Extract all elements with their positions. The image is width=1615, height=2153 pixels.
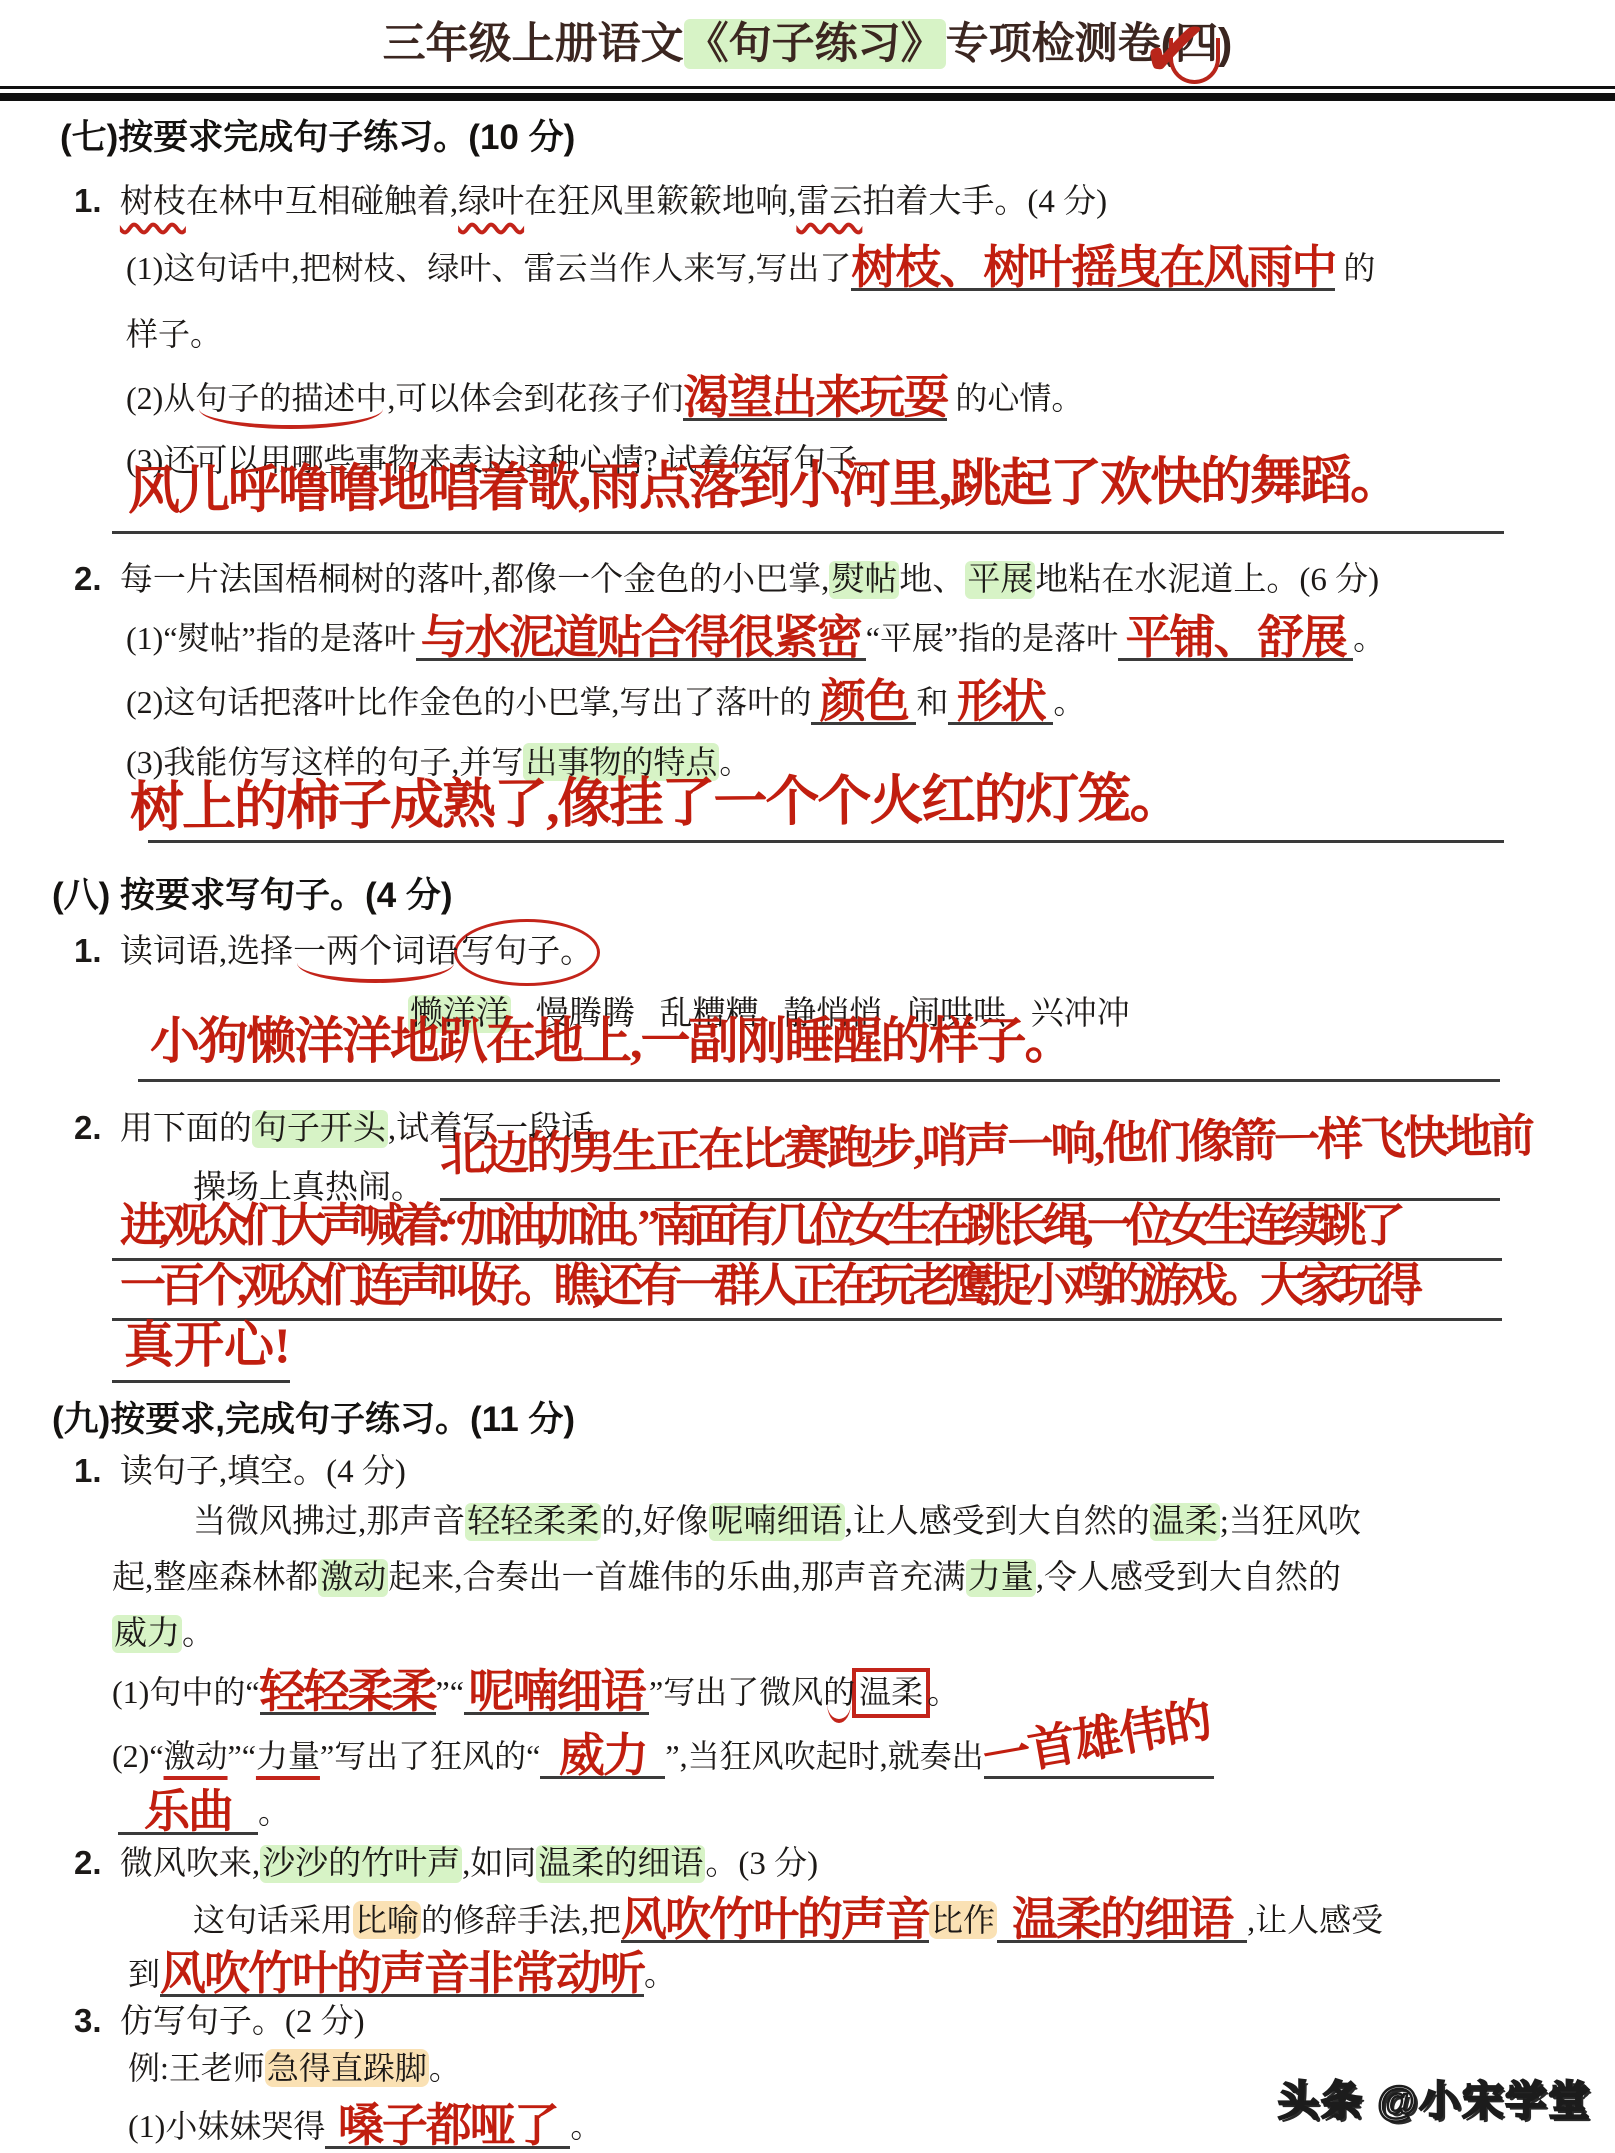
blank-field: 渴望出来玩耍 <box>683 374 947 421</box>
text-segment: 这句话采用 <box>193 1902 353 1938</box>
text-segment: 比喻 <box>353 1901 421 1939</box>
text-segment: 平展 <box>965 561 1035 599</box>
text-segment: ;当狂风吹 <box>1220 1504 1361 1540</box>
text-segment: ,令人感受到大自然的 <box>1036 1560 1341 1596</box>
text-segment: 读句子,填空。(4 分) <box>120 1454 406 1490</box>
blank-field: 与水泥道贴合得很紧密 <box>416 614 866 661</box>
s7-q1-sub2: (2)从句子的描述中,可以体会到花孩子们渴望出来玩耍 的心情。 <box>126 374 1083 421</box>
blank-field: 风吹竹叶的声音 <box>621 1896 929 1943</box>
handwritten-answer: 轻轻柔柔 <box>260 1672 436 1711</box>
s8-q2-handwritten-line3: 一百个,观众们连声叫好。瞧,还有一群人正在玩老鹰捉小鸡的游戏。大家玩得 <box>120 1264 1416 1308</box>
text-segment: 1. <box>74 932 120 969</box>
section9-heading: (九)按要求,完成句子练习。(11 分) <box>52 1398 575 1442</box>
text-segment: 每一片法国梧桐树的落叶,都像一个金色的小巴掌, <box>120 562 830 598</box>
text-segment: 。 <box>429 2050 461 2086</box>
handwritten-answer: 嗓子都哑了 <box>338 2106 558 2145</box>
text-segment: 温柔 <box>1150 1503 1220 1541</box>
handwritten-answer: 风吹竹叶的声音非常动听 <box>160 1954 644 1993</box>
s9-q1-passage-line2: 起,整座森林都激动起来,合奏出一首雄伟的乐曲,那声音充满力量,令人感受到大自然的 <box>112 1558 1341 1599</box>
s9-q1-sub2-cont: 乐曲。 <box>118 1788 290 1835</box>
blank-field: 轻轻柔柔 <box>260 1668 436 1715</box>
text-segment: 力量 <box>256 1738 320 1774</box>
handwritten-answer: 一首雄伟的 <box>980 1701 1214 1781</box>
handwritten-answer: 呢喃细语 <box>468 1672 644 1711</box>
s7-q1-handwritten-answer: 风儿呼噜噜地唱着歌,雨点落到小河里,跳起了欢快的舞蹈。 <box>128 456 1400 516</box>
answer-rule <box>112 531 1504 534</box>
text-segment: 2. <box>74 1109 120 1146</box>
blank-field: 一首雄伟的 <box>984 1732 1214 1779</box>
text-segment: 急得直跺脚 <box>265 2049 429 2087</box>
handwritten-answer: 温柔的细语 <box>1012 1900 1232 1939</box>
text-segment: 句子开头 <box>252 1110 388 1148</box>
blank-field: 嗓子都哑了 <box>325 2102 570 2149</box>
answer-rule <box>148 840 1504 843</box>
blank-field: 风吹竹叶的声音非常动听 <box>160 1950 644 1997</box>
s8-q2-handwritten-line2: 进,观众们大声喊着:“加油,加油。”南面有几位女生在跳长绳,一位女生连续跳了 <box>120 1204 1399 1248</box>
blank-field: 平铺、舒展 <box>1118 614 1353 661</box>
blank-field: 呢喃细语 <box>464 1668 649 1715</box>
s9-q3-sub1: (1)小妹妹哭得嗓子都哑了。 <box>128 2102 602 2149</box>
text-segment: ”写出了微风 <box>649 1674 823 1710</box>
blank-field: 温柔的细语 <box>997 1896 1247 1943</box>
handwritten-answer: 乐曲 <box>144 1792 232 1831</box>
text-segment: 威力 <box>112 1615 182 1653</box>
text-segment: (1)这句话中,把树枝、绿叶、雷云当作人来写,写出了 <box>126 250 851 286</box>
text-segment: 写句子。 <box>454 919 600 986</box>
text-segment: (2)“ <box>112 1738 164 1774</box>
text-segment: 。 <box>644 1956 676 1992</box>
section8-heading: (八) 按要求写句子。(4 分) <box>52 874 453 918</box>
text-segment: ”,当狂风吹起时,就奏出 <box>665 1738 983 1774</box>
answer-rule <box>112 1380 290 1383</box>
text-segment: 激动 <box>164 1738 228 1774</box>
text-segment: 呢喃细语 <box>709 1503 845 1541</box>
text-segment: 。 <box>927 1674 959 1710</box>
blank-field: 颜色 <box>811 678 916 725</box>
text-segment: 拍着大手。(4 分) <box>862 184 1107 220</box>
text-segment: 的,好像 <box>601 1504 708 1540</box>
text-segment: (1)句中的“ <box>112 1674 260 1710</box>
blank-field: 树枝、树叶摇曳在风雨中 <box>851 244 1335 291</box>
blank-field: 威力 <box>540 1732 665 1779</box>
text-segment: 地、 <box>899 562 965 598</box>
text-segment: 起,整座森林都 <box>112 1560 318 1596</box>
answer-rule <box>138 1079 1500 1082</box>
text-segment: ,让人感受 <box>1247 1902 1383 1938</box>
text-segment: 温柔的细语 <box>536 1845 705 1883</box>
handwritten-answer: 与水泥道贴合得很紧密 <box>421 618 861 657</box>
text-segment: 树枝 <box>120 184 186 220</box>
text-segment: “平展”指的是落叶 <box>866 620 1118 656</box>
s9-q1-passage-line1: 当微风拂过,那声音轻轻柔柔的,好像呢喃细语,让人感受到大自然的温柔;当狂风吹 <box>193 1502 1361 1543</box>
s8-q2-handwritten-line4: 真开心! <box>124 1322 291 1370</box>
text-segment: 。(3 分) <box>705 1846 818 1882</box>
text-segment: 地粘在水泥道上。(6 分) <box>1035 562 1379 598</box>
handwritten-answer: 威力 <box>559 1736 647 1775</box>
text-segment: ,让人感受到大自然的 <box>845 1504 1150 1540</box>
blank-field: 形状 <box>948 678 1053 725</box>
text-segment: ,可以体会到花孩子们 <box>387 380 683 416</box>
handwritten-answer: 风吹竹叶的声音 <box>621 1900 929 1939</box>
s9-q2-stem: 2. 微风吹来,沙沙的竹叶声,如同温柔的细语。(3 分) <box>74 1842 818 1885</box>
text-segment: 熨帖 <box>829 561 899 599</box>
text-segment: 到 <box>128 1956 160 1992</box>
text-segment: 的 <box>823 1674 855 1710</box>
text-segment: 在林中互相碰触着, <box>186 184 458 220</box>
text-segment: 的 <box>1335 250 1375 286</box>
text-segment: 三年级上册语文 <box>383 20 684 68</box>
s7-q2-handwritten-answer: 树上的柿子成熟了,像挂了一个个火红的灯笼。 <box>130 773 1182 833</box>
page-title: 三年级上册语文《句子练习》专项检测卷(四) <box>0 10 1615 71</box>
text-segment: 比作 <box>929 1901 997 1939</box>
text-segment: 力量 <box>966 1559 1036 1597</box>
handwritten-answer: 渴望出来玩耍 <box>683 378 947 417</box>
text-segment: ”“ <box>228 1738 256 1774</box>
s9-q3-stem: 3. 仿写句子。(2 分) <box>74 2000 365 2043</box>
s8-q1-stem: 1. 读词语,选择一两个词语写句子。 <box>74 930 596 974</box>
answer-rule <box>112 1318 1502 1321</box>
blank-field: 乐曲 <box>118 1788 258 1835</box>
s8-q1-handwritten-answer: 小狗懒洋洋地趴在地上,一副刚睡醒的样子。 <box>150 1018 1073 1066</box>
watermark: 头条 @小宋学堂 <box>1278 2068 1591 2127</box>
text-segment: 的心情。 <box>947 380 1083 416</box>
text-segment: 。 <box>1053 684 1085 720</box>
text-segment: 。 <box>258 1794 290 1830</box>
text-segment: 例:王老师 <box>128 2050 265 2086</box>
text-segment: (1)“熨帖”指的是落叶 <box>126 620 416 656</box>
section7-heading: (七)按要求完成句子练习。(10 分) <box>60 116 575 160</box>
s9-q1-stem: 1. 读句子,填空。(4 分) <box>74 1450 406 1493</box>
text-segment: 当微风拂过,那声音 <box>193 1504 465 1540</box>
worksheet-page: 三年级上册语文《句子练习》专项检测卷(四) ✓ (七)按要求完成句子练习。(10… <box>0 0 1615 2153</box>
text-segment: 雷云 <box>796 184 862 220</box>
text-segment: 。 <box>570 2108 602 2144</box>
text-segment: 在狂风里簌簌地响, <box>524 184 796 220</box>
s9-q2-sub2: 到风吹竹叶的声音非常动听。 <box>128 1950 676 1997</box>
text-segment: 绿叶 <box>458 184 524 220</box>
text-segment: ,如同 <box>462 1846 536 1882</box>
text-segment: 起来,合奏出一首雄伟的乐曲,那声音充满 <box>388 1560 966 1596</box>
s9-q1-sub1: (1)句中的“轻轻柔柔”“呢喃细语”写出了微风的温柔。 <box>112 1668 959 1715</box>
text-segment: ”“ <box>436 1674 464 1710</box>
s7-q2-sub2: (2)这句话把落叶比作金色的小巴掌,写出了落叶的颜色和形状。 <box>126 678 1085 725</box>
text-segment: (2)这句话把落叶比作金色的小巴掌,写出了落叶的 <box>126 684 811 720</box>
text-segment: 沙沙的竹叶声 <box>260 1845 462 1883</box>
text-segment: 用下面的 <box>120 1111 252 1147</box>
header-rule-thin <box>0 86 1615 89</box>
text-segment: 。 <box>182 1616 215 1652</box>
text-segment: (1)小妹妹哭得 <box>128 2108 325 2144</box>
s7-q2-sub1: (1)“熨帖”指的是落叶与水泥道贴合得很紧密“平展”指的是落叶平铺、舒展。 <box>126 614 1385 661</box>
text-segment: 微风吹来, <box>120 1846 260 1882</box>
text-segment: 的修辞手法,把 <box>421 1902 621 1938</box>
s9-q2-sub1: 这句话采用比喻的修辞手法,把风吹竹叶的声音比作温柔的细语,让人感受 <box>193 1896 1383 1943</box>
title-highlight: 《句子练习》 <box>684 19 946 69</box>
handwritten-answer: 颜色 <box>820 682 908 721</box>
text-segment: 1. <box>74 1452 120 1489</box>
text-segment: 温柔 <box>852 1668 930 1718</box>
s7-q1-stem: 1. 树枝在林中互相碰触着,绿叶在狂风里簌簌地响,雷云拍着大手。(4 分) <box>74 180 1107 223</box>
text-segment: ) <box>1218 20 1232 68</box>
s7-q2-stem: 2. 每一片法国梧桐树的落叶,都像一个金色的小巴掌,熨帖地、平展地粘在水泥道上。… <box>74 558 1379 601</box>
s7-q1-sub1-cont: 样子。 <box>126 314 222 354</box>
s7-q1-sub1: (1)这句话中,把树枝、绿叶、雷云当作人来写,写出了树枝、树叶摇曳在风雨中 的 <box>126 244 1375 291</box>
text-segment: (2)从 <box>126 380 195 416</box>
text-segment: 样子。 <box>126 316 222 352</box>
text-segment: 3. <box>74 2002 120 2039</box>
text-segment: 一两个词语 <box>293 934 458 970</box>
text-segment: 2. <box>74 560 120 597</box>
text-segment: 仿写句子。(2 分) <box>120 2004 365 2040</box>
text-segment: 句子的描述中 <box>195 380 387 416</box>
text-segment: 。 <box>1353 620 1385 656</box>
text-segment: 和 <box>916 684 948 720</box>
text-segment: 1. <box>74 182 120 219</box>
text-segment: 激动 <box>318 1559 388 1597</box>
handwritten-answer: 形状 <box>957 682 1045 721</box>
text-segment: 轻轻柔柔 <box>465 1503 601 1541</box>
handwritten-answer: 平铺、舒展 <box>1126 618 1346 657</box>
s9-q3-example: 例:王老师急得直跺脚。 <box>128 2048 461 2088</box>
text-segment: 2. <box>74 1844 120 1881</box>
handwritten-answer: 树枝、树叶摇曳在风雨中 <box>851 248 1335 287</box>
text-segment: 读词语,选择 <box>120 934 293 970</box>
s9-q1-passage-line3: 威力。 <box>112 1614 215 1655</box>
text-segment: ”写出了狂风的“ <box>320 1738 540 1774</box>
header-rule-thick <box>0 93 1615 101</box>
s9-q1-sub2: (2)“激动”“力量”写出了狂风的“威力”,当狂风吹起时,就奏出一首雄伟的 <box>112 1732 1214 1779</box>
